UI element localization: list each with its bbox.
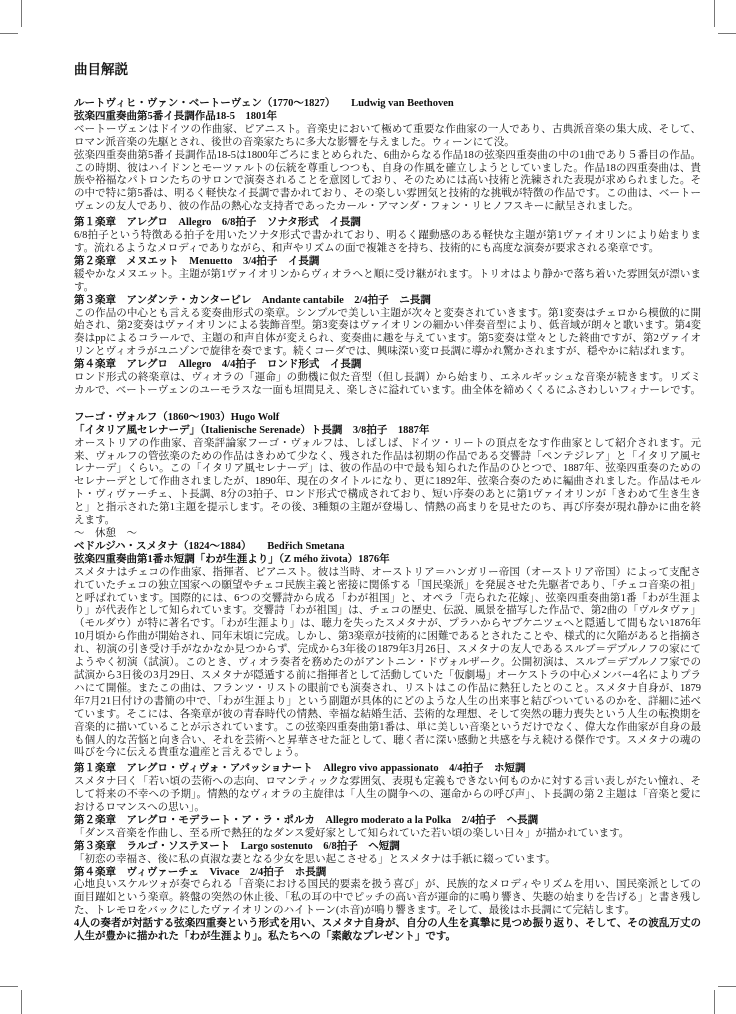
crop-mark-top-left-vertical [21, 0, 22, 27]
intermission-label: ～ 休憩 ～ [74, 528, 701, 541]
movement-heading-beethoven-4: 第４楽章 アレグロ Allegro 4/4拍子 ロンド形式 イ長調 [74, 359, 701, 372]
movement-heading-smetana-3: 第３楽章 ラルゴ・ソステヌート Largo sostenuto 6/8拍子 ヘ短… [74, 841, 701, 854]
movement-heading-smetana-2: 第２楽章 アレグロ・モデラート・ア・ラ・ポルカ Allegro moderato… [74, 815, 701, 828]
crop-mark-bottom-left-horizontal [0, 986, 18, 987]
work-title-smetana: 弦楽四重奏曲第1番ホ短調「わが生涯より」（Z mého života）1876年 [74, 554, 701, 567]
work-title-beethoven: 弦楽四重奏曲第5番イ長調作品18-5 1801年 [74, 111, 701, 124]
program-note-smetana: スメタナはチェコの作曲家、指揮者、ピアニスト。彼は当時、オーストリア＝ハンガリー… [74, 567, 701, 761]
work-title-wolf: 「イタリア風セレナーデ」（Italienische Serenade）ト長調 3… [74, 425, 701, 438]
program-note-beethoven-2: 弦楽四重奏曲第5番イ長調作品18-5は1800年ごろにまとめられた、6曲からなる… [74, 150, 701, 215]
composer-line-beethoven: ルートヴィヒ・ヴァン・ベートーヴェン（1770～1827） Ludwig van… [74, 98, 701, 111]
movement-heading-beethoven-1: 第１楽章 アレグロ Allegro 6/8拍子 ソナタ形式 イ長調 [74, 217, 701, 230]
movement-note-beethoven-1: 6/8拍子という特徴ある拍子を用いたソナタ形式で書かれており、明るく躍動感のある… [74, 230, 701, 256]
crop-mark-top-right-horizontal [718, 33, 736, 34]
movement-heading-beethoven-2: 第２楽章 メヌエット Menuetto 3/4拍子 イ長調 [74, 256, 701, 269]
closing-note: 4人の奏者が対話する弦楽四重奏という形式を用い、スメタナ自身が、自分の人生を真摯… [74, 918, 701, 944]
movement-note-beethoven-4: ロンド形式の終楽章は、ヴィオラの「運命」の動機に似た音型（但し長調）から始まり、… [74, 372, 701, 398]
movement-note-smetana-1: スメタナ曰く「若い頃の芸術への志向、ロマンティックな雰囲気、表現も定義もできない… [74, 776, 701, 815]
movement-list-smetana: 第１楽章 アレグロ・ヴィヴォ・アパッショナート Allegro vivo app… [74, 763, 701, 918]
movement-note-smetana-2: 「ダンス音楽を作曲し、至る所で熱狂的なダンス愛好家として知られていた若い頃の楽し… [74, 828, 701, 841]
movement-note-smetana-3: 「初恋の幸福さ、後に私の貞淑な妻となる少女を思い起こさせる」とスメタナは手紙に綴… [74, 854, 701, 867]
crop-mark-top-left-horizontal [0, 33, 18, 34]
crop-mark-bottom-left-vertical [21, 990, 22, 1014]
section-smetana: ベドルジハ・スメタナ（1824～1884） Bedřich Smetana 弦楽… [74, 541, 701, 918]
program-notes-page: 曲目解説 ルートヴィヒ・ヴァン・ベートーヴェン（1770～1827） Ludwi… [0, 0, 736, 1014]
program-note-wolf: オーストリアの作曲家、音楽評論家フーゴ・ヴォルフは、しばしば、ドイツ・リートの頂… [74, 438, 701, 528]
composer-line-wolf: フーゴ・ヴォルフ（1860～1903）Hugo Wolf [74, 412, 701, 425]
movement-note-beethoven-2: 緩やかなメヌエット。主題が第1ヴァイオリンからヴィオラへと順に受け継がれます。ト… [74, 269, 701, 295]
movement-list-beethoven: 第１楽章 アレグロ Allegro 6/8拍子 ソナタ形式 イ長調 6/8拍子と… [74, 217, 701, 398]
movement-note-beethoven-3: この作品の中心とも言える変奏曲形式の楽章。シンプルで美しい主題が次々と変奏されて… [74, 308, 701, 360]
document-body: 曲目解説 ルートヴィヒ・ヴァン・ベートーヴェン（1770～1827） Ludwi… [74, 62, 701, 944]
composer-line-smetana: ベドルジハ・スメタナ（1824～1884） Bedřich Smetana [74, 541, 701, 554]
movement-heading-smetana-4: 第４楽章 ヴィヴァーチェ Vivace 2/4拍子 ホ長調 [74, 867, 701, 880]
movement-note-smetana-4: 心地良いスケルツォが奏でられる「音楽における国民的要素を扱う喜び」が、民族的なメ… [74, 879, 701, 918]
program-note-beethoven-1: ベートーヴェンはドイツの作曲家、ピアニスト。音楽史において極めて重要な作曲家の一… [74, 124, 701, 150]
crop-mark-top-right-vertical [714, 0, 715, 27]
section-beethoven: ルートヴィヒ・ヴァン・ベートーヴェン（1770～1827） Ludwig van… [74, 98, 701, 398]
crop-mark-bottom-right-vertical [714, 990, 715, 1014]
section-wolf: フーゴ・ヴォルフ（1860～1903）Hugo Wolf 「イタリア風セレナーデ… [74, 412, 701, 528]
movement-heading-smetana-1: 第１楽章 アレグロ・ヴィヴォ・アパッショナート Allegro vivo app… [74, 763, 701, 776]
page-title: 曲目解説 [74, 62, 701, 77]
movement-heading-beethoven-3: 第３楽章 アンダンテ・カンタービレ Andante cantabile 2/4拍… [74, 295, 701, 308]
crop-mark-bottom-right-horizontal [718, 986, 736, 987]
